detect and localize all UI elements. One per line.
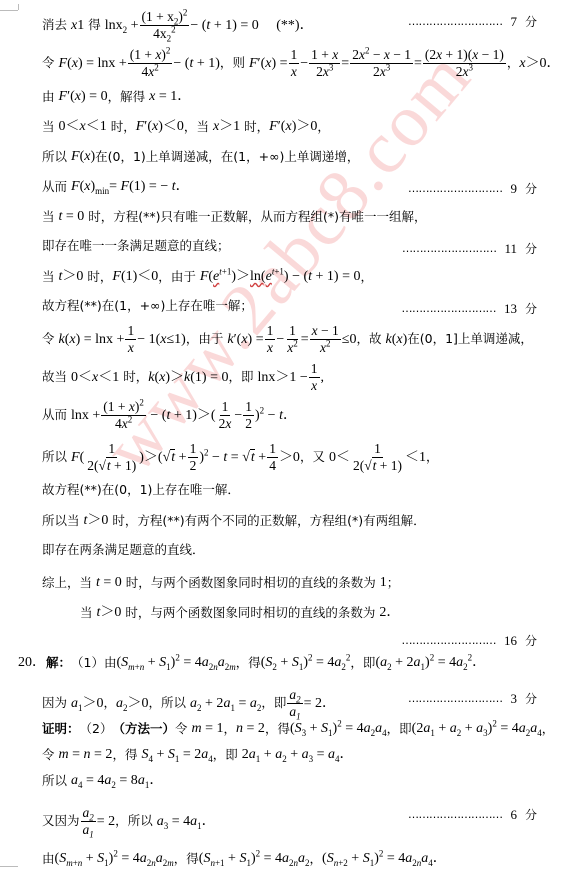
line-11: 令 k(x) = lnx + 1x− 1(x≤1)，由于 k′(x) = 1x−… (42, 324, 533, 355)
line-10: 故方程(**)在(1，+∞)上存在唯一解； (42, 300, 253, 313)
line-16: 所以当 t＞0 时，方程(**)有两个不同的正数解，方程组(*)有两组解． (42, 514, 426, 528)
line-2: 令 F(x) = lnx + (1 + x)24x2 − (t + 1)，则 F… (42, 48, 561, 79)
question-number: 20． (18, 656, 46, 670)
score-marker-13: ………………………13分 (401, 300, 537, 317)
line-13: 从而 lnx + (1 + x)24x2 − (t + 1)＞( 12x− 12… (42, 400, 297, 431)
line-3: 由 F′(x) = 0，解得 x = 1． (42, 90, 191, 104)
line-12: 故当 0＜x＜1 时，k(x)＞k(1) = 0，即 lnx＞1 − 1x, (42, 362, 324, 393)
score-marker-6: ………………………6分 (408, 806, 537, 823)
line-18: 综上，当 t = 0 时，与两个函数图象同时相切的直线的条数为 1； (42, 576, 399, 590)
line-1: 消去 x1 得 lnx2 + (1 + x2)24x22 − (t + 1) =… (42, 10, 314, 41)
line-19: 当 t＞0 时，与两个函数图象同时相切的直线的条数为 2． (80, 606, 400, 620)
score-marker-11: ………………………11分 (402, 240, 537, 257)
line-9: 当 t＞0 时，F(1)＜0，由于 F(et+1)＞ln(et+1) − (t … (42, 270, 373, 284)
line-26: 又因为 a2a1= 2，所以 a3 = 4a1． (42, 806, 216, 837)
line-23: 证明：（2）（方法一）令 m = 1，n = 2，得(S3 + S1)2 = 4… (42, 722, 554, 736)
line-7: 当 t = 0 时，方程(**)只有唯一正数解，从而方程组(*)有唯一一组解， (42, 210, 427, 224)
line-4: 当 0＜x＜1 时，F′(x)＜0，当 x＞1 时，F′(x)＞0， (42, 120, 330, 134)
corner-mark-bottom (0, 866, 18, 867)
line-17: 即存在两条满足题意的直线． (42, 544, 205, 557)
line-14: 所以 F( 12(√t + 1))＞(√t + 12)2 − t = √t + … (42, 442, 439, 473)
line-22: 因为 a1＞0，a2＞0，所以 a2 + 2a1 = a2，即 a2a1= 2． (42, 688, 336, 719)
line-21-question-20: 20． 解：（1）由(Sm+n + S1)2 = 4a2na2m，得(S2 + … (18, 656, 486, 670)
line-15: 故方程(**)在(0，1)上存在唯一解． (42, 484, 240, 497)
fraction: (1 + x2)24x22 (140, 10, 190, 41)
proof-label: 证明： (42, 723, 80, 736)
line-8: 即存在唯一一条满足题意的直线； (42, 240, 230, 253)
line-27: 由(Sm+n + S1)2 = 4a2na2m，得(Sn+1 + S1)2 = … (42, 852, 447, 866)
score-marker-7: ………………………7分 (408, 13, 537, 30)
solution-label: 解： (46, 657, 71, 670)
line-5: 所以 F(x)在(0，1)上单调递减，在(1，+∞)上单调递增， (42, 150, 359, 164)
score-marker-9: ………………………9分 (408, 180, 537, 197)
score-marker-3: ………………………3分 (408, 690, 537, 707)
line-25: 所以 a4 = 4a2 = 8a1． (42, 774, 163, 788)
score-marker-16: ………………………16分 (401, 632, 537, 649)
line-6: 从而 F(x)min= F(1) = − t． (42, 180, 190, 194)
corner-mark-top-v (18, 4, 19, 10)
corner-mark-top (0, 10, 18, 11)
line-24: 令 m = n = 2，得 S4 + S1 = 2a4，即 2a1 + a2 +… (42, 748, 354, 762)
